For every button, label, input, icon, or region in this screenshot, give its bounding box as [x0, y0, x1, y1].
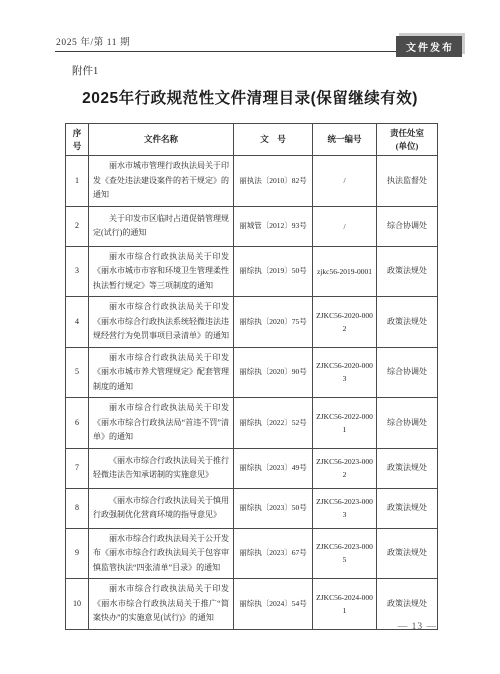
table-row: 3 丽水市综合行政执法局关于印发《丽水市城市市容和环境卫生管理柔性执法暂行规定》… — [66, 246, 438, 297]
header-doc-number: 文 号 — [234, 124, 313, 156]
publish-badge: 文件发布 — [396, 36, 462, 57]
cell-serial-number: 2 — [66, 206, 89, 246]
cell-doc-number: 丽综执〔2023〕50号 — [234, 488, 313, 528]
cell-file-name: 《丽水市综合行政执法局关于慎用行政强制优化营商环境的指导意见》 — [89, 488, 234, 528]
cell-responsible-dept: 政策法规处 — [377, 448, 438, 488]
cell-doc-number: 丽综执〔2024〕54号 — [234, 579, 313, 630]
cell-serial-number: 9 — [66, 528, 89, 579]
cell-unified-number: / — [313, 206, 377, 246]
cell-file-name: 丽水市综合行政执法局关于印发《丽水市城市市容和环境卫生管理柔性执法暂行规定》等三… — [89, 246, 234, 297]
attachment-label: 附件1 — [72, 63, 98, 78]
table-row: 1 丽水市城市管理行政执法局关于印发《查处违法建设案件的若干规定》的通知 丽执法… — [66, 156, 438, 207]
table-row: 8 《丽水市综合行政执法局关于慎用行政强制优化营商环境的指导意见》 丽综执〔20… — [66, 488, 438, 528]
cell-file-name: 丽水市综合行政执法局关于印发《丽水市综合行政执法系统轻微违法违规经营行为免罚事项… — [89, 297, 234, 348]
table-row: 2 关于印发市区临时占道促销管理规定(试行)的通知 丽城管〔2012〕93号 /… — [66, 206, 438, 246]
table-row: 4 丽水市综合行政执法局关于印发《丽水市综合行政执法系统轻微违法违规经营行为免罚… — [66, 297, 438, 348]
table-header-row: 序 号 文件名称 文 号 统一编号 责任处室 (单位) — [66, 124, 438, 156]
cell-responsible-dept: 政策法规处 — [377, 528, 438, 579]
cell-serial-number: 6 — [66, 398, 89, 449]
cell-file-name: 丽水市综合行政执法局关于印发《丽水市城市养犬管理规定》配套管理制度的通知 — [89, 347, 234, 398]
cell-unified-number: ZJKC56-2024-0001 — [313, 579, 377, 630]
cell-serial-number: 8 — [66, 488, 89, 528]
cell-responsible-dept: 综合协调处 — [377, 206, 438, 246]
cell-doc-number: 丽城管〔2012〕93号 — [234, 206, 313, 246]
table-row: 6 丽水市综合行政执法局关于印发《丽水市综合行政执法局“首违不罚”清单》的通知 … — [66, 398, 438, 449]
cell-doc-number: 丽执法〔2010〕82号 — [234, 156, 313, 207]
cell-responsible-dept: 综合协调处 — [377, 347, 438, 398]
cell-unified-number: ZJKC56-2023-0005 — [313, 528, 377, 579]
cell-serial-number: 4 — [66, 297, 89, 348]
cell-doc-number: 丽综执〔2020〕75号 — [234, 297, 313, 348]
cell-unified-number: / — [313, 156, 377, 207]
cell-unified-number: ZJKC56-2022-0001 — [313, 398, 377, 449]
cell-responsible-dept: 政策法规处 — [377, 488, 438, 528]
cell-unified-number: ZJKC56-2020-0003 — [313, 347, 377, 398]
cell-file-name: 丽水市城市管理行政执法局关于印发《查处违法建设案件的若干规定》的通知 — [89, 156, 234, 207]
header-unified-number: 统一编号 — [313, 124, 377, 156]
cell-responsible-dept: 政策法规处 — [377, 246, 438, 297]
cell-unified-number: ZJKC56-2023-0002 — [313, 448, 377, 488]
cell-doc-number: 丽综执〔2022〕52号 — [234, 398, 313, 449]
table-row: 7 《丽水市综合行政执法局关于推行轻微违法告知承诺制的实施意见》 丽综执〔202… — [66, 448, 438, 488]
cell-file-name: 丽水市综合行政执法局关于公开发布《丽水市综合行政执法局关于包容审慎监管执法“四张… — [89, 528, 234, 579]
cell-responsible-dept: 政策法规处 — [377, 297, 438, 348]
cell-responsible-dept: 执法监督处 — [377, 156, 438, 207]
cell-serial-number: 5 — [66, 347, 89, 398]
header-responsible-dept: 责任处室 (单位) — [377, 124, 438, 156]
cell-serial-number: 7 — [66, 448, 89, 488]
clearance-table: 序 号 文件名称 文 号 统一编号 责任处室 (单位) 1 丽水市城市管理行政执… — [65, 123, 438, 630]
cell-file-name: 丽水市综合行政执法局关于印发《丽水市综合行政执法局关于推广“简案快办”的实施意见… — [89, 579, 234, 630]
cell-unified-number: ZJKC56-2020-0002 — [313, 297, 377, 348]
cell-doc-number: 丽综执〔2023〕67号 — [234, 528, 313, 579]
issue-label: 2025 年/第 11 期 — [56, 34, 130, 48]
page-header: 2025 年/第 11 期 文件发布 — [55, 31, 462, 52]
cell-file-name: 丽水市综合行政执法局关于印发《丽水市综合行政执法局“首违不罚”清单》的通知 — [89, 398, 234, 449]
page-title: 2025年行政规范性文件清理目录(保留继续有效) — [0, 86, 500, 108]
cell-serial-number: 10 — [66, 579, 89, 630]
table-row: 5 丽水市综合行政执法局关于印发《丽水市城市养犬管理规定》配套管理制度的通知 丽… — [66, 347, 438, 398]
cell-doc-number: 丽综执〔2019〕50号 — [234, 246, 313, 297]
header-serial-number: 序 号 — [66, 124, 89, 156]
cell-unified-number: ZJKC56-2023-0003 — [313, 488, 377, 528]
page-number: — 13 — — [398, 622, 437, 632]
cell-file-name: 关于印发市区临时占道促销管理规定(试行)的通知 — [89, 206, 234, 246]
cell-responsible-dept: 综合协调处 — [377, 398, 438, 449]
cell-doc-number: 丽综执〔2020〕90号 — [234, 347, 313, 398]
cell-file-name: 《丽水市综合行政执法局关于推行轻微违法告知承诺制的实施意见》 — [89, 448, 234, 488]
table-body: 1 丽水市城市管理行政执法局关于印发《查处违法建设案件的若干规定》的通知 丽执法… — [66, 156, 438, 630]
cell-doc-number: 丽综执〔2023〕49号 — [234, 448, 313, 488]
cell-unified-number: zjkc56-2019-0001 — [313, 246, 377, 297]
cell-serial-number: 3 — [66, 246, 89, 297]
header-file-name: 文件名称 — [89, 124, 234, 156]
table-row: 9 丽水市综合行政执法局关于公开发布《丽水市综合行政执法局关于包容审慎监管执法“… — [66, 528, 438, 579]
cell-serial-number: 1 — [66, 156, 89, 207]
table-row: 10 丽水市综合行政执法局关于印发《丽水市综合行政执法局关于推广“简案快办”的实… — [66, 579, 438, 630]
